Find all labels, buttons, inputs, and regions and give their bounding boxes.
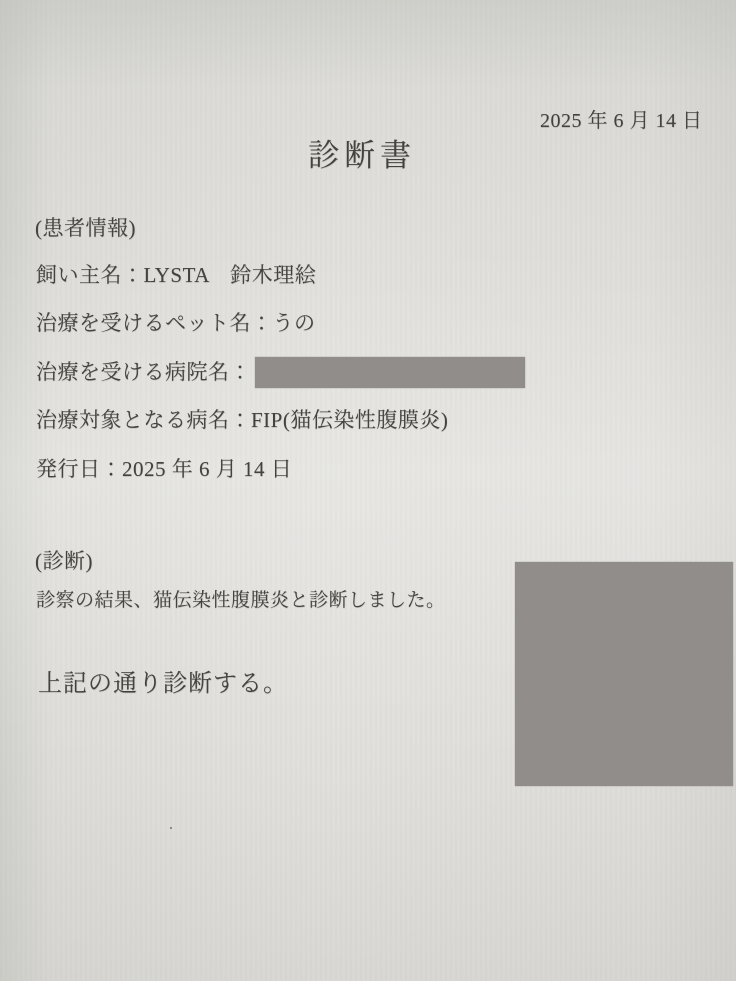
document-date: 2025 年 6 月 14 日	[540, 104, 703, 133]
medical-certificate-page: 2025 年 6 月 14 日 診断書 (患者情報) 飼い主名：LYSTA 鈴木…	[0, 0, 736, 981]
document-title: 診断書	[0, 130, 730, 175]
closing-statement: 上記の通り診断する。	[38, 663, 288, 698]
patient-info-heading: (患者情報)	[35, 212, 136, 242]
diagnosis-heading: (診断)	[35, 545, 93, 575]
hospital-name-line: 治療を受ける病院名：	[36, 356, 525, 390]
issue-date-line: 発行日：2025 年 6 月 14 日	[36, 453, 292, 483]
disease-name-line: 治療対象となる病名：FIP(猫伝染性腹膜炎)	[36, 404, 448, 434]
pet-name-line: 治療を受けるペット名：うの	[36, 307, 316, 337]
diagnosis-result-line: 診察の結果、猫伝染性腹膜炎と診断しました。	[36, 585, 446, 612]
hospital-name-redaction-box	[255, 357, 525, 388]
hospital-name-label: 治療を受ける病院名：	[36, 360, 251, 384]
paper-speck	[170, 827, 172, 829]
signature-redaction-box	[515, 562, 733, 786]
owner-name-line: 飼い主名：LYSTA 鈴木理絵	[36, 259, 316, 289]
